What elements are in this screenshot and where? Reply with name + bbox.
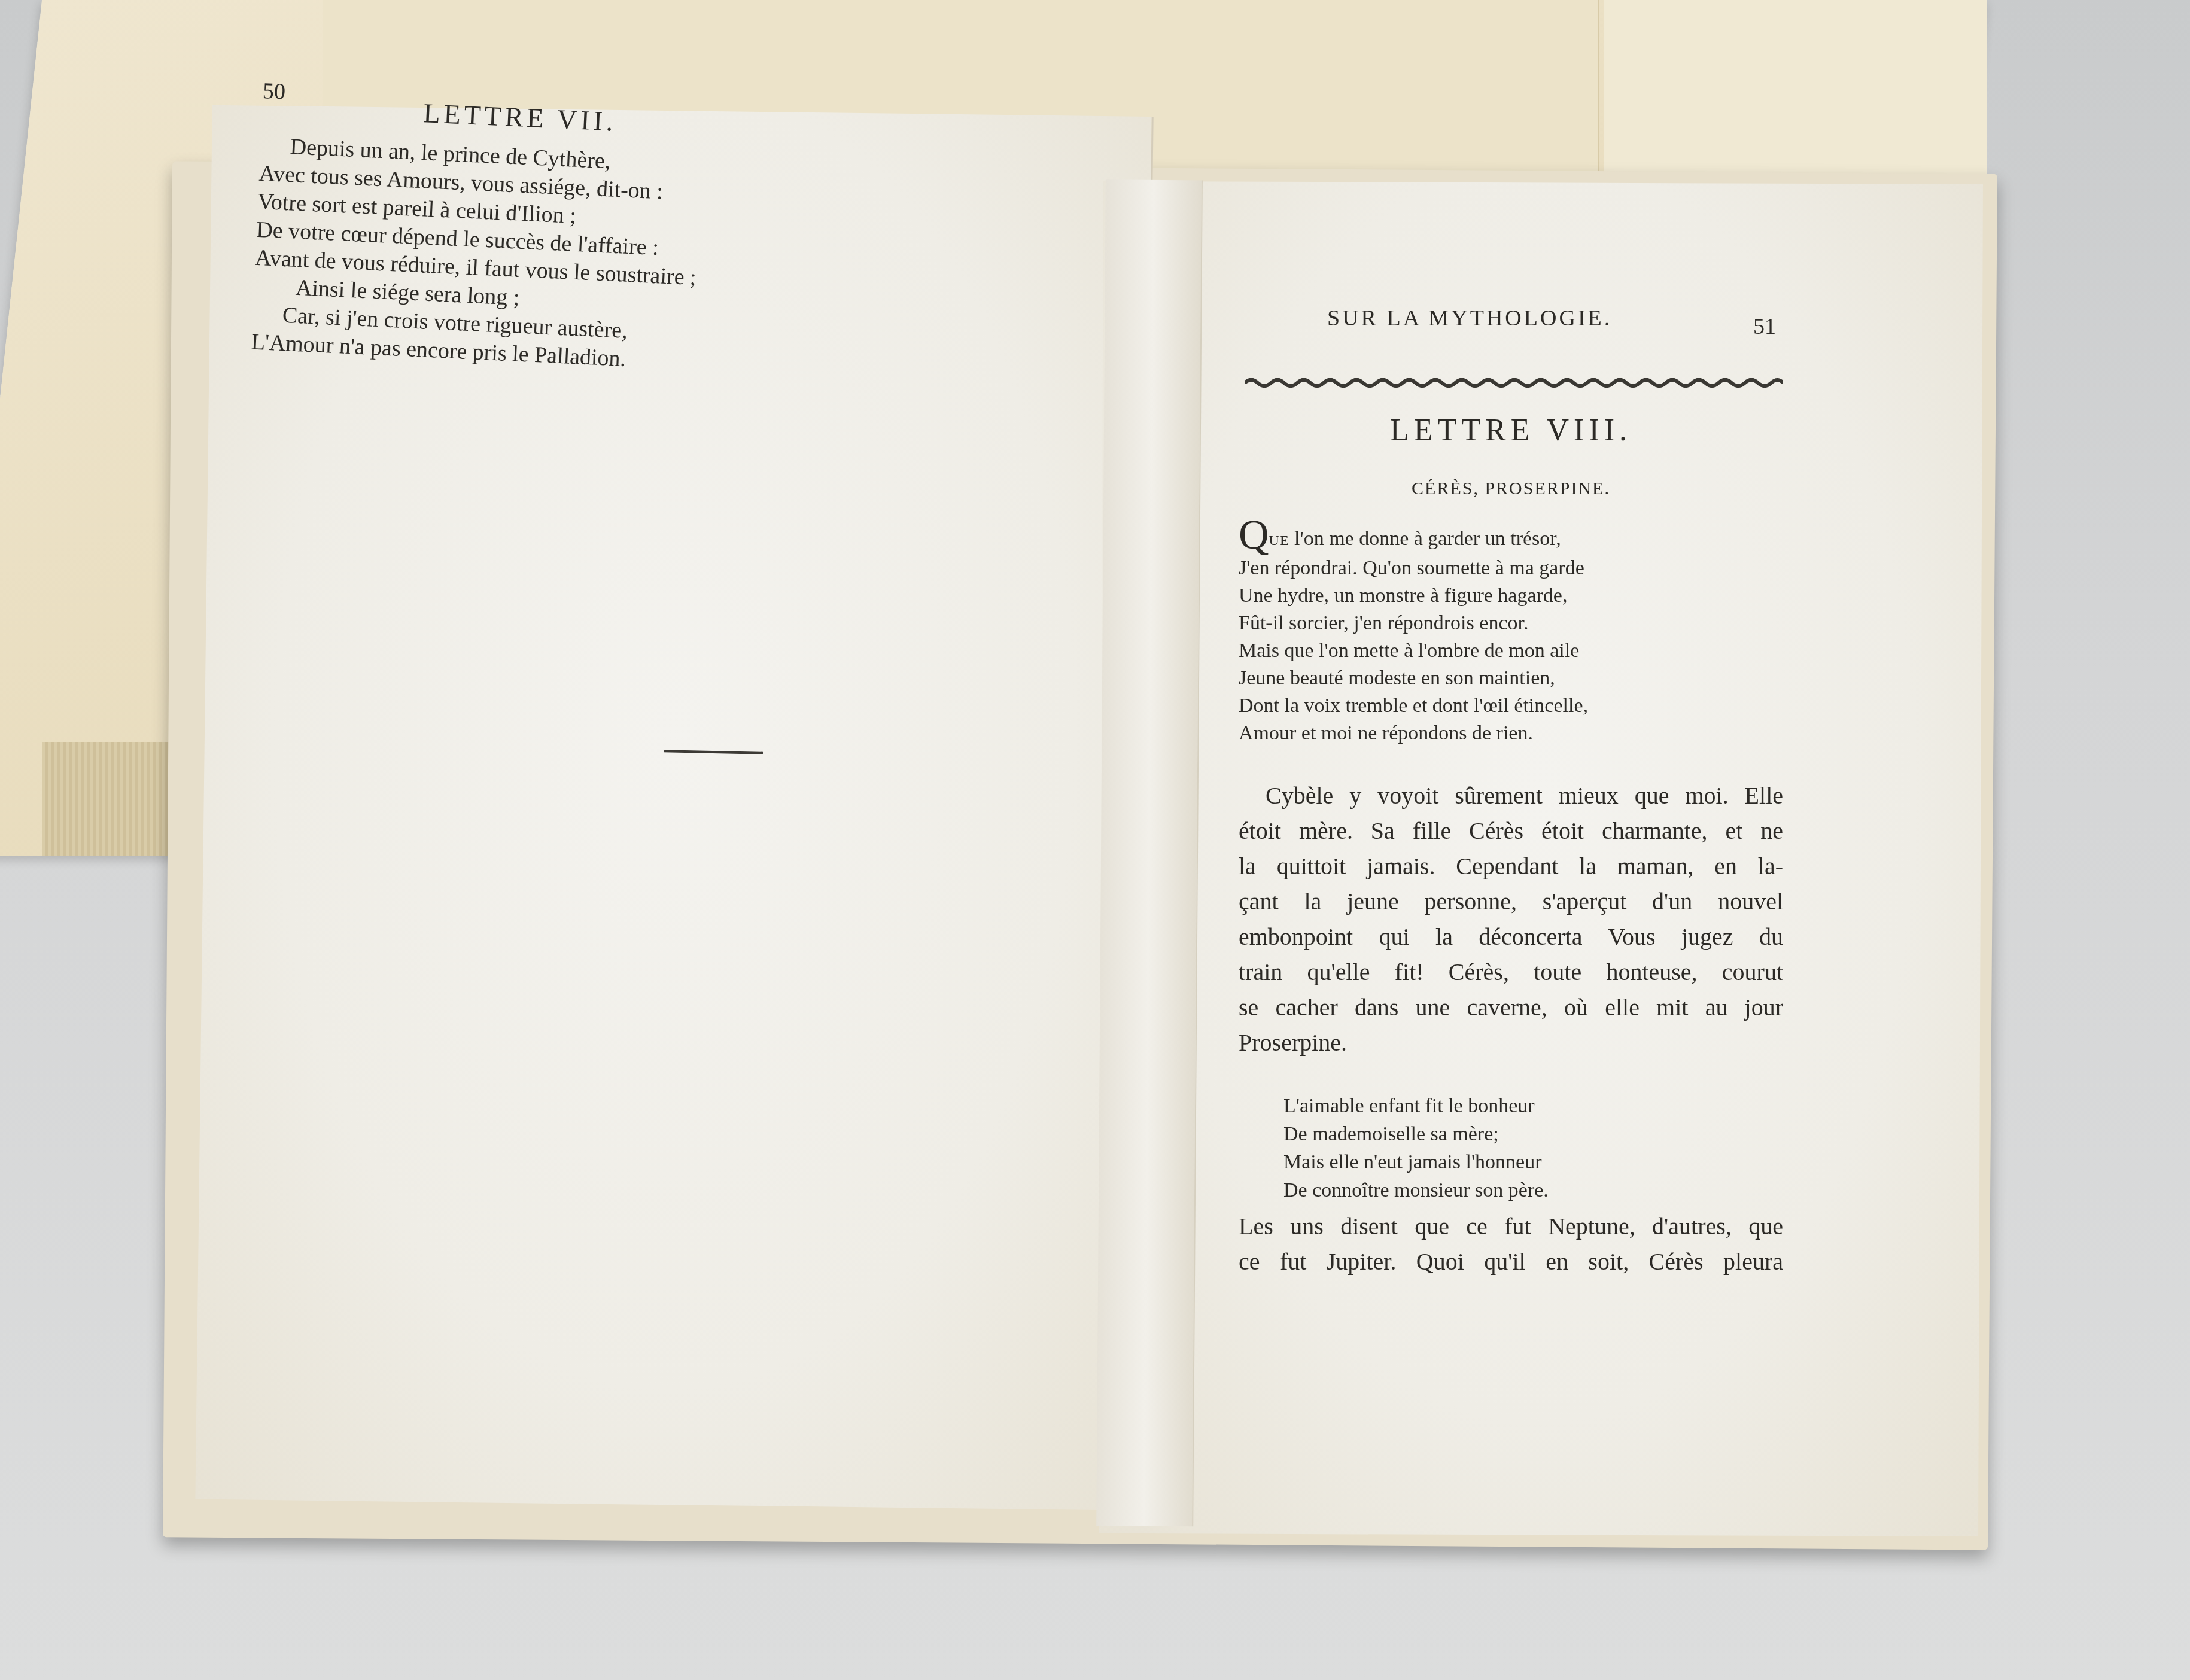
running-head: SUR LA MYTHOLOGIE. <box>1327 305 1612 331</box>
wavy-ornament-rule <box>1245 376 1783 390</box>
verse-line: De mademoiselle sa mère; <box>1283 1120 1549 1148</box>
right-page-number: 51 <box>1753 314 1776 340</box>
prose-line: çant la jeune personne, s'aperçut d'un n… <box>1239 884 1783 919</box>
verse-line: L'aimable enfant fit le bonheur <box>1283 1092 1549 1120</box>
opening-verse: QUE l'on me donne à garder un trésor, J'… <box>1239 524 1588 747</box>
verse-line: De connoître monsieur son père. <box>1283 1176 1549 1204</box>
verse-line: J'en répondrai. Qu'on soumette à ma gard… <box>1239 555 1588 582</box>
small-caps: UE <box>1269 533 1289 549</box>
verse-line: Fût-il sorcier, j'en répondrois encor. <box>1239 610 1588 637</box>
verse-line: Mais elle n'eut jamais l'honneur <box>1283 1148 1549 1176</box>
verse-line: Amour et moi ne répondons de rien. <box>1239 720 1588 747</box>
verse-2: L'aimable enfant fit le bonheur De madem… <box>1283 1092 1549 1204</box>
underlying-sheet-right <box>1604 0 1987 191</box>
prose-paragraph-1: Cybèle y voyoit sûrement mieux que moi. … <box>1239 778 1783 1060</box>
prose-line: Proserpine. <box>1239 1025 1783 1060</box>
verse-line: Jeune beauté modeste en son maintien, <box>1239 665 1588 692</box>
prose-line: train qu'elle fit! Cérès, toute honteuse… <box>1239 954 1783 990</box>
verse-line: Dont la voix tremble et dont l'œil étinc… <box>1239 692 1588 720</box>
prose-line: embonpoint qui la déconcerta Vous jugez … <box>1239 919 1783 954</box>
prose-paragraph-2: Les uns disent que ce fut Neptune, d'aut… <box>1239 1209 1783 1279</box>
torn-page-stub <box>1096 179 1203 1526</box>
verse-line-rest: l'on me donne à garder un trésor, <box>1289 528 1561 550</box>
prose-line: la quittoit jamais. Cependant la maman, … <box>1239 848 1783 884</box>
prose-line: Les uns disent que ce fut Neptune, d'aut… <box>1239 1209 1783 1244</box>
prose-line: étoit mère. Sa fille Cérès étoit charman… <box>1239 813 1783 848</box>
prose-line: Cybèle y voyoit sûrement mieux que moi. … <box>1239 778 1783 813</box>
left-verse: Depuis un an, le prince de Cythère, Avec… <box>251 132 702 376</box>
prose-line: se cacher dans une caverne, où elle mit … <box>1239 990 1783 1025</box>
left-page-number: 50 <box>262 78 286 105</box>
drop-cap: Q <box>1239 512 1269 558</box>
prose-line: ce fut Jupiter. Quoi qu'il en soit, Cérè… <box>1239 1244 1783 1279</box>
right-page-title: LETTRE VIII. <box>1239 413 1783 448</box>
verse-line: Une hydre, un monstre à figure hagarde, <box>1239 582 1588 610</box>
verse-line: Mais que l'on mette à l'ombre de mon ail… <box>1239 637 1588 665</box>
chapter-subtitle: CÉRÈS, PROSERPINE. <box>1239 479 1783 499</box>
verse-line: QUE l'on me donne à garder un trésor, <box>1239 524 1588 555</box>
